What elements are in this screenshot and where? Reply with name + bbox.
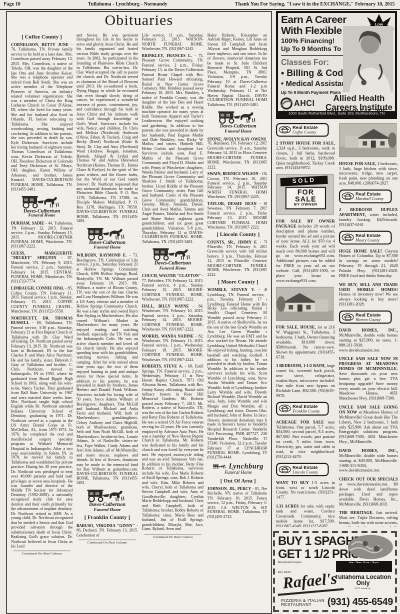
obituary-name: JOHNSON, JR., PERCY (207, 486, 252, 491)
obituary-name: GUESS, MARGUERITE "MICKEY" SHELTON (11, 251, 73, 261)
classified-ad: FOR SALE BY OWNER PACKAGE includes 20 wo… (276, 219, 335, 283)
classified-ad: THE HERITAGE. Just arrived. Must see. Tr… (339, 510, 398, 527)
obituary-name: COUNTS, SR., JIMMY F. (207, 240, 260, 245)
obituaries-title: Obituaries (7, 13, 271, 30)
classified-ad-lead: ACREAGE FOR SALE (276, 419, 328, 424)
classified-ad-lead: HUGE HOME SALE! (339, 248, 385, 253)
ahci-ring-icon (280, 97, 293, 110)
carriage-icon (213, 463, 227, 469)
nurse-photo (343, 26, 393, 92)
spaghetti-photo (341, 534, 393, 560)
classified-ad: HOUSE FOR SALE, 2 bedrooms, 1 bath, larg… (339, 161, 398, 186)
obituary-name: BARUSO, VIRGINIA "GINNY" (76, 523, 136, 528)
classified-ad: DAVIS HOMES, INC., McMinnville, double w… (339, 448, 398, 473)
badge-text: Real EstateMarshall County (356, 192, 384, 201)
obituary-entry: SWAIN, BERNICE WILSON - 102, Cowan, TN. … (207, 172, 267, 200)
carriage-icon (218, 110, 259, 124)
obituary-name: HALL, BILLY WAYNE (142, 303, 193, 308)
obituary-column: and Savior. He was persistent throughout… (76, 33, 138, 558)
real-estate-county-badge: Real EstateFranklin County (276, 402, 329, 416)
obituary-entry: TAYLOR, DESSIE DEAN - 88, Sewanee, TN. F… (207, 202, 267, 230)
classified-column-content: Real EstateCoffee County2 STORY HOUSE FO… (276, 123, 335, 527)
obituary-entry: STONE, AVOLYN KAY OWENS - 76, Huntland, … (207, 137, 267, 170)
obituary-entry: COUCH, WALTER "CLAYTON" - 77, Belvidere,… (142, 274, 204, 302)
funeral-home-logo-sub: Funeral Home (76, 508, 138, 513)
obituary-entry: WILBURN, RAYMOND E. - 73, Beechgrove, TN… (76, 253, 138, 485)
classified-ad-lead: HOUSE FOR SALE, (339, 161, 377, 166)
funeral-home-logo-sub: Funeral Home (207, 129, 267, 134)
obituary-entry: BARUSO, VIRGINIA "GINNY" - 86, Decherd, … (76, 523, 138, 537)
obituary-name: BRINKLEY, FRANCES L. (142, 53, 195, 58)
ahci-logo: AHCI (280, 97, 315, 110)
real-estate-county-badge: Real EstateLincoln County (276, 463, 329, 477)
real-estate-county-badge: Real EstateMaury County (339, 231, 392, 245)
house-icon (342, 193, 354, 201)
page-number: Page 10 (4, 1, 21, 7)
carriage-icon (87, 226, 128, 240)
classified-ad-lead: 1.33 ACRES (276, 504, 300, 509)
for-sale-by-owner-sign: SOLDFORSALEBY OWNER (276, 174, 334, 215)
county-section-header: [ Lincoln County ] (207, 232, 267, 238)
county-section-header: [ Coffee County ] (11, 35, 73, 41)
funeral-home-logo-sub: Funeral Home (76, 246, 138, 251)
continued-note: Continued On Next Column (13, 551, 70, 556)
badge-text: Real EstateCoffee County (293, 125, 318, 134)
page-header: Page 10 Tullahoma - Lynchburg - Normandy… (0, 0, 400, 10)
carriage-icon (21, 194, 62, 208)
classified-ad: 2 BEDROOM DUPLEX APARTMENT, water includ… (339, 207, 398, 227)
obituary-continuation: and Savior. He was persistent throughout… (76, 33, 138, 224)
classified-ad-lead: FOR SALE, HOUSE, (276, 325, 318, 330)
carriage-icon (152, 247, 193, 261)
sign-sale: SALE (286, 195, 325, 202)
classified-ad-lead: FOR SALE BY OWNER PACKAGE (276, 219, 335, 229)
obituary-entry: DURHAM, SADIE - 44, Tullahoma, TN. Febru… (11, 221, 73, 249)
classified-ad-lead: DAVIS HOMES, INC., (339, 448, 398, 453)
county-section-header: [ Out Of Area ] (207, 478, 267, 484)
badge-text: Real EstateWarren County (356, 313, 381, 322)
daves-culbertson-funeral-home-logo: Daves-CulbertsonFuneral Home (76, 226, 138, 251)
location-info: Tullahoma Location Only 812 N. Jackson S… (334, 575, 392, 591)
house-icon (279, 126, 291, 134)
obituary-entry: MORRIS, WANDA NADINE - 82, Winchester, T… (142, 334, 204, 362)
obituary-name: COUCH, WALTER "CLAYTON" (142, 273, 202, 278)
obituary-entry: BRINKLEY, FRANCES L. - 75, Pleasant Grov… (142, 54, 204, 245)
obituaries-columns-clip: [ Coffee County ]CORNELISON, BETTY JUNE … (11, 33, 267, 611)
obituary-name: DURHAM, SADIE (11, 221, 45, 226)
house-photo (276, 287, 334, 321)
funeral-home-logo-sub: Funeral Home (142, 266, 204, 271)
house-icon (342, 313, 354, 321)
daves-culbertson-funeral-home-logo: Daves-CulbertsonFuneral Home (142, 247, 204, 272)
daves-culbertson-funeral-home-logo: Daves-CulbertsonFuneral Home (207, 110, 267, 135)
classified-ad-lead: THE HERITAGE. (339, 510, 376, 515)
classified-ad: WE BUY, SELL AND TRADE USED MOBILE HOMES… (339, 282, 398, 307)
obituary-name: CORNELISON, BETTY JUNE (11, 42, 71, 47)
obituary-continuation: Haley Roberts, Kristopher and Aaliyah Ri… (207, 33, 267, 107)
obituary-entry: GUESS, MARGUERITE "MICKEY" SHELTON - 87,… (11, 251, 73, 284)
house-photo-image (340, 124, 397, 157)
classified-ad: FOR SALE, HOUSE, lot at 216 W. Waggoner … (276, 325, 335, 360)
lynchburg-funeral-home-logo: LynchburgFuneral Home (207, 462, 267, 476)
classified-column-content: HOUSE FOR SALE, 2 bedrooms, 1 bath, larg… (339, 123, 398, 527)
classified-ad: CHECK OUT OUR SPECIALS at www.davishomes… (339, 477, 398, 507)
career-school-ad: Earn A Career With Flexible Hours! Low T… (276, 11, 397, 119)
carriage-icon (87, 488, 128, 502)
divider (281, 55, 343, 56)
classified-ad: 3 BEDROOM, 1-1/2 BATH, large corner lot,… (276, 363, 335, 398)
obituary-entry: LIMBAUGH, CONNIE OPAL - 85, Coffee Count… (11, 286, 73, 314)
obituary-entry: NORTHCUTT, DR. THOMAS RUSSELL - 69, Tull… (11, 316, 73, 548)
house-icon (279, 466, 291, 474)
house-icon (342, 234, 354, 242)
classified-ad: UNCLE SAM SALE GOING ON NOW at Meadows H… (339, 405, 398, 445)
obituary-column: [ Coffee County ]CORNELISON, BETTY JUNE … (11, 33, 73, 558)
obituary-entry: JOHNSON, JR., PERCY - 81, New Rochelle, … (207, 487, 267, 520)
house-photo-image (277, 287, 334, 320)
sale-sign: FORSALEBY OWNER (285, 187, 326, 210)
obituary-name: ROBERTS, STEVE A. (142, 364, 185, 369)
class-item-medical: • Medical Assistant (281, 79, 349, 88)
classified-ad-lead: WANT TO BUY (276, 480, 312, 485)
real-estate-classifieds: Real EstateCoffee County2 STORY HOUSE FO… (276, 123, 398, 527)
newspaper-page: Page 10 Tullahoma - Lynchburg - Normandy… (0, 0, 400, 614)
school-address-bar: 1000 South Rutherford Blvd., Suite 103, … (278, 111, 395, 117)
daves-culbertson-funeral-home-logo: Daves-CulbertsonFuneral Home (11, 194, 73, 219)
badge-text: Real EstateLincoln County (293, 465, 319, 474)
obituary-continuation: Life service, 11 a.m., Saturday, Februar… (142, 33, 204, 52)
classified-ad: WANT TO BUY 1-5 acres in front, west or … (276, 480, 335, 500)
classes-label: Classes For: (281, 58, 329, 67)
badge-text: Real EstateFranklin County (293, 404, 320, 413)
obituary-name: STONE, AVOLYN KAY OWENS (207, 136, 267, 141)
obituary-name: NORTHCUTT, DR. THOMAS RUSSELL (11, 316, 73, 326)
classified-ad-lead: UNCLE SAM SALE GOING ON NOW (339, 405, 398, 415)
edition-areas: Tullahoma - Lynchburg - Normandy (88, 1, 167, 7)
obituary-entry: CORNELISON, BETTY JUNE - 76, Tullahoma, … (11, 43, 73, 192)
sign-by-owner: BY OWNER (286, 203, 325, 208)
obituary-entry: COUNTS, SR., JIMMY F. - 76, Flintville, … (207, 240, 267, 277)
classified-ad-lead: DAVIS HOMES, INC., (339, 328, 398, 333)
classified-ad-lead: 2 BEDROOM DUPLEX APARTMENT, (339, 207, 398, 217)
funeral-home-logo-sub: Funeral Home (11, 214, 73, 219)
obituary-name: LIMBAUGH, CONNIE OPAL (11, 286, 65, 291)
real-estate-badge-county: Lincoln County (293, 470, 319, 474)
county-section-header: [ Franklin County ] (76, 515, 138, 521)
classified-column-left: Real EstateCoffee County2 STORY HOUSE FO… (276, 123, 335, 527)
obituary-name: WOMBLE, STEVEN V. (207, 287, 258, 292)
restaurant-coupon-ad: BUY 1 SPAGHETTI GET 1 1/2 PRICE Must pre… (273, 531, 397, 612)
hours-box: Sun. - Thurs. 11 a.m. - 10 p.m.Fri. & Sa… (336, 561, 392, 572)
real-estate-county-badge: Real EstateCoffee County (276, 123, 329, 137)
house-photo (339, 123, 397, 157)
real-estate-county-badge: Real EstateMarshall County (339, 190, 392, 204)
restaurant-phone: (931) 455-6549 (327, 597, 393, 608)
real-estate-badge-county: Franklin County (293, 409, 320, 413)
obituary-name: MORRIS, WANDA NADINE (142, 334, 195, 339)
obituary-name: WILBURN, RAYMOND E. (76, 253, 129, 258)
obituary-entry: ROBERTS, STEVE A. - 68, Estill Springs, … (142, 364, 204, 531)
classified-ad-lead: UNCLE SAM SALE NOW IN PROGRESS AT MEADOW… (339, 356, 398, 371)
header-slogan: Thank You For Saying, "I saw it in the E… (235, 1, 395, 7)
classified-ad-lead: WE BUY, SELL AND TRADE USED MOBILE HOMES… (339, 282, 398, 292)
continued-note: Continued On Next Column (79, 540, 136, 545)
real-estate-badge-county: Warren County (356, 317, 381, 321)
classified-ad: 1.33 ACRES for sale, with septic tank an… (276, 504, 335, 527)
obituary-column: Haley Roberts, Kristopher and Aaliyah Ri… (207, 33, 267, 558)
classified-ad: DAVIS HOMES, INC., McMinnville, double w… (339, 328, 398, 353)
obituary-columns: [ Coffee County ]CORNELISON, BETTY JUNE … (11, 33, 267, 558)
obituary-column: Life service, 11 a.m., Saturday, Februar… (142, 33, 204, 558)
sold-banner: SOLD (280, 176, 328, 187)
real-estate-county-badge: Real EstateWarren County (339, 310, 392, 324)
ahci-acronym: AHCI (294, 99, 315, 108)
obituary-name: TAYLOR, DESSIE DEAN (207, 201, 259, 206)
real-estate-badge-county: Maury County (356, 238, 381, 242)
house-icon (279, 405, 291, 413)
classified-ad-lead: 2 STORY HOUSE FOR SALE, (276, 140, 335, 145)
obituary-name: SWAIN, BERNICE WILSON (207, 171, 259, 176)
obituaries-section: Obituaries [ Coffee County ]CORNELISON, … (6, 11, 272, 614)
classified-ad: ACREAGE FOR SALE near Tullahoma. One par… (276, 419, 335, 459)
real-estate-badge-county: Coffee County (293, 130, 318, 134)
real-estate-badge-county: Marshall County (356, 197, 384, 201)
daves-culbertson-funeral-home-logo: Daves-CulbertsonFuneral Home (76, 488, 138, 513)
classified-column-right: HOUSE FOR SALE, 2 bedrooms, 1 bath, larg… (339, 123, 398, 527)
classified-ad: UNCLE SAM SALE NOW IN PROGRESS AT MEADOW… (339, 356, 398, 401)
classified-ad-lead: 3 BEDROOM, 1-1/2 BATH, (276, 363, 327, 368)
funeral-home-logo-sub: Funeral Home (207, 470, 267, 475)
obituary-entry: WOMBLE, STEVEN V. - 48, Lynchburg, TN. F… (207, 288, 267, 460)
badge-text: Real EstateMaury County (356, 233, 381, 242)
classified-ad-lead: CHECK OUT OUR SPECIALS (339, 477, 398, 482)
classified-ad: 2 STORY HOUSE FOR SALE, 2,324 sq.ft., 3 … (276, 140, 335, 170)
county-section-header: [ Moore County ] (207, 280, 267, 286)
classified-ad: HUGE HOME SALE! Clayton Homes of Columbi… (339, 248, 398, 278)
obituary-entry: HALL, BILLY WAYNE - 84, Winchester, TN. … (142, 304, 204, 332)
continued-note: Continued On Next Column (144, 534, 201, 539)
